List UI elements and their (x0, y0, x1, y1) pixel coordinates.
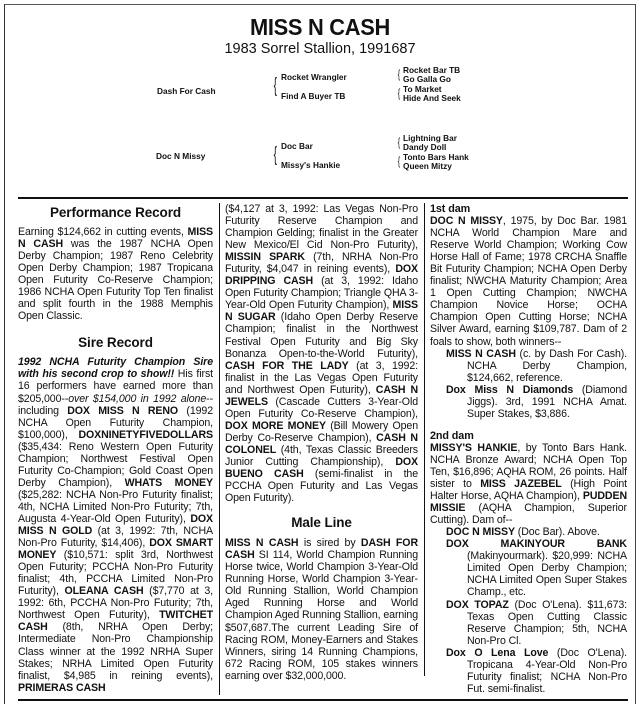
first-dam-heading: 1st dam (430, 203, 627, 215)
column-middle: ($4,127 at 3, 1992: Las Vegas Non-Pro Fu… (225, 203, 418, 682)
foal-entry: Dox Miss N Diamonds (Diamond Jiggs). 3rd… (430, 384, 627, 420)
column-left: Performance Record Earning $124,662 in c… (18, 203, 213, 694)
male-line-text: MISS N CASH is sired by DASH FOR CASH SI… (225, 537, 418, 682)
bracket-icon: { (274, 145, 277, 165)
pedigree-gen3: Queen Mitzy (403, 161, 452, 171)
male-line-heading: Male Line (225, 514, 418, 531)
horse-description: 1983 Sorrel Stallion, 1991687 (0, 41, 640, 57)
column-divider (424, 203, 425, 676)
second-dam-text: MISSY'S HANKIE, by Tonto Bars Hank. NCHA… (430, 442, 627, 526)
foal-entry: Dox O Lena Love (Doc O'Lena). Tropicana … (430, 647, 627, 695)
performance-text: Earning $124,662 in cutting events, MISS… (18, 226, 213, 322)
bottom-divider (18, 699, 628, 701)
bracket-icon: { (274, 76, 277, 96)
foal-entry: DOC N MISSY (Doc Bar). Above. (430, 526, 627, 538)
pedigree-dam-dam: Missy's Hankie (281, 160, 340, 170)
performance-heading: Performance Record (18, 204, 213, 221)
sire-record-continued: ($4,127 at 3, 1992: Las Vegas Non-Pro Fu… (225, 203, 418, 504)
first-dam-text: DOC N MISSY, 1975, by Doc Bar. 1981 NCHA… (430, 215, 627, 348)
bracket-icon: { (398, 136, 400, 148)
pedigree-sire: Dash For Cash (157, 86, 216, 96)
column-divider (219, 203, 220, 695)
page-title: MISS N CASH (16, 14, 624, 41)
foal-entry: DOX TOPAZ (Doc O'Lena). $11,673: Texas O… (430, 599, 627, 647)
sire-record-heading: Sire Record (18, 334, 213, 351)
foal-entry: DOX MAKINYOUR BANK (Makinyourmark). $20,… (430, 538, 627, 598)
pedigree-gen3: Dandy Doll (403, 142, 446, 152)
foal-entry: MISS N CASH (c. by Dash For Cash). NCHA … (430, 348, 627, 384)
second-dam-heading: 2nd dam (430, 430, 627, 442)
pedigree-sire-dam: Find A Buyer TB (281, 91, 345, 101)
pedigree-dam: Doc N Missy (156, 151, 205, 161)
sire-record-text: 1992 NCHA Futurity Champion Sire with hi… (18, 356, 213, 693)
bracket-icon: { (398, 87, 400, 99)
pedigree-gen3: Go Galla Go (403, 74, 451, 84)
pedigree-sire-sire: Rocket Wrangler (281, 72, 347, 82)
column-right: 1st dam DOC N MISSY, 1975, by Doc Bar. 1… (430, 203, 627, 695)
top-divider (18, 197, 628, 199)
pedigree-gen3: Hide And Seek (403, 93, 461, 103)
bracket-icon: { (398, 68, 400, 80)
pedigree-dam-sire: Doc Bar (281, 141, 313, 151)
bracket-icon: { (398, 155, 400, 167)
